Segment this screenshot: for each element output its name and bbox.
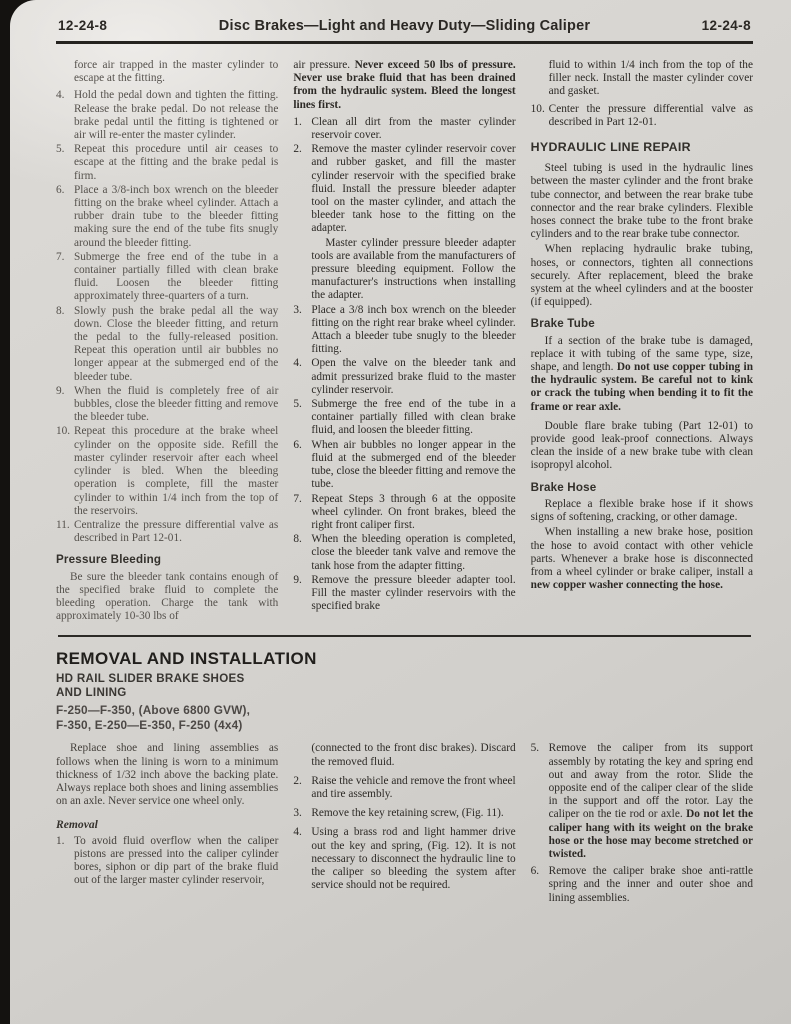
item-text: Open the valve on the bleeder tank and a… <box>311 357 515 397</box>
item-number: 10. <box>56 425 74 517</box>
item-text: Place a 3/8-inch box wrench on the bleed… <box>74 184 278 250</box>
paragraph: Steel tubing is used in the hydraulic li… <box>531 162 753 241</box>
item-text: Remove the caliper brake shoe anti-rattl… <box>549 865 753 905</box>
section-heading-brake-hose: Brake Hose <box>531 481 753 494</box>
item-number: 2. <box>293 143 311 302</box>
item-number: 3. <box>293 807 311 820</box>
continuation-paragraph: (connected to the front disc brakes). Di… <box>311 742 515 768</box>
list-item: 4. Hold the pedal down and tighten the f… <box>56 89 278 142</box>
list-item: 6. Remove the caliper brake shoe anti-ra… <box>531 865 753 905</box>
list-item: 11. Centralize the pressure differential… <box>56 519 278 545</box>
item-number: 4. <box>293 357 311 397</box>
bottom-column-right: 5. Remove the caliper from its support a… <box>531 742 753 905</box>
paragraph: Replace a flexible brake hose if it show… <box>531 498 753 524</box>
paragraph-normal: When installing a new brake hose, positi… <box>531 526 753 578</box>
paragraph: If a section of the brake tube is damage… <box>531 335 753 414</box>
bottom-column-left: Replace shoe and lining assemblies as fo… <box>56 742 278 905</box>
removal-procedure-heading: Removal <box>56 818 278 831</box>
item-text: Repeat Steps 3 through 6 at the opposite… <box>311 493 515 533</box>
item-text: Repeat this procedure at the brake wheel… <box>74 425 278 517</box>
item-text: Remove the caliper from its support asse… <box>549 742 753 861</box>
paragraph: Be sure the bleeder tank contains enough… <box>56 571 278 624</box>
bottom-columns: Replace shoe and lining assemblies as fo… <box>56 742 753 905</box>
item-text: To avoid fluid overflow when the caliper… <box>74 835 278 888</box>
section-heading-hydraulic-line-repair: HYDRAULIC LINE REPAIR <box>531 141 753 154</box>
item-number: 8. <box>293 533 311 573</box>
item-text: When the bleeding operation is completed… <box>311 533 515 573</box>
item-text: Raise the vehicle and remove the front w… <box>311 775 515 801</box>
item-number: 7. <box>56 251 74 304</box>
item-text: Remove the master cylinder reservoir cov… <box>311 143 515 302</box>
item-number: 10. <box>531 103 549 129</box>
item-text: Remove the key retaining screw, (Fig. 11… <box>311 807 515 820</box>
list-item: 2. Remove the master cylinder reservoir … <box>293 143 515 302</box>
item-text: Clean all dirt from the master cylinder … <box>311 116 515 142</box>
item-number: 9. <box>293 574 311 614</box>
list-item: 4. Open the valve on the bleeder tank an… <box>293 357 515 397</box>
item-text: Remove the pressure bleeder adapter tool… <box>311 574 515 614</box>
list-item: 8. When the bleeding operation is comple… <box>293 533 515 573</box>
list-item: 5. Remove the caliper from its support a… <box>531 742 753 861</box>
item-text: Centralize the pressure differential val… <box>74 519 278 545</box>
list-item: 10. Repeat this procedure at the brake w… <box>56 425 278 517</box>
item-number: 1. <box>56 835 74 888</box>
warning-text-normal: air pressure. <box>293 59 354 71</box>
removal-title: REMOVAL AND INSTALLATION <box>56 649 753 669</box>
list-item: 4. Using a brass rod and light hammer dr… <box>293 826 515 892</box>
item-number: 5. <box>56 143 74 183</box>
continuation-paragraph: fluid to within 1/4 inch from the top of… <box>549 59 753 99</box>
item-number: 5. <box>293 398 311 438</box>
item-number: 9. <box>56 385 74 425</box>
list-item: 5. Submerge the free end of the tube in … <box>293 398 515 438</box>
column-right: fluid to within 1/4 inch from the top of… <box>531 59 753 625</box>
paragraph: When installing a new brake hose, positi… <box>531 526 753 592</box>
page-number-left: 12-24-8 <box>58 18 107 33</box>
list-item: 1. To avoid fluid overflow when the cali… <box>56 835 278 888</box>
list-item: 9. When the fluid is completely free of … <box>56 385 278 425</box>
item-text-subparagraph: Master cylinder pressure bleeder adapter… <box>311 237 515 303</box>
page-content: 12-24-8 Disc Brakes—Light and Heavy Duty… <box>10 0 791 906</box>
list-item: 5. Repeat this procedure until air cease… <box>56 143 278 183</box>
item-text: Hold the pedal down and tighten the fitt… <box>74 89 278 142</box>
section-divider <box>58 635 751 637</box>
item-text: Place a 3/8 inch box wrench on the bleed… <box>311 304 515 357</box>
item-number: 6. <box>293 439 311 492</box>
list-item: 6. Place a 3/8-inch box wrench on the bl… <box>56 184 278 250</box>
item-number: 1. <box>293 116 311 142</box>
section-heading-pressure-bleeding: Pressure Bleeding <box>56 553 278 566</box>
page-number-right: 12-24-8 <box>702 18 751 33</box>
list-item: 3. Place a 3/8 inch box wrench on the bl… <box>293 304 515 357</box>
list-item: 9. Remove the pressure bleeder adapter t… <box>293 574 515 614</box>
column-left: force air trapped in the master cylinder… <box>56 59 278 625</box>
item-text: Repeat this procedure until air ceases t… <box>74 143 278 183</box>
item-number: 6. <box>56 184 74 250</box>
list-item: 1. Clean all dirt from the master cylind… <box>293 116 515 142</box>
item-number: 7. <box>293 493 311 533</box>
list-item: 7. Submerge the free end of the tube in … <box>56 251 278 304</box>
page-title: Disc Brakes—Light and Heavy Duty—Sliding… <box>219 18 590 34</box>
item-text: Submerge the free end of the tube in a c… <box>74 251 278 304</box>
page-header: 12-24-8 Disc Brakes—Light and Heavy Duty… <box>56 14 753 44</box>
item-text: Slowly push the brake pedal all the way … <box>74 305 278 384</box>
list-item: 8. Slowly push the brake pedal all the w… <box>56 305 278 384</box>
top-columns: force air trapped in the master cylinder… <box>56 59 753 625</box>
item-text-main: Remove the master cylinder reservoir cov… <box>311 143 515 235</box>
item-number: 4. <box>56 89 74 142</box>
paragraph: Double flare brake tubing (Part 12-01) t… <box>531 420 753 473</box>
section-heading-brake-tube: Brake Tube <box>531 317 753 330</box>
continuation-paragraph: air pressure. Never exceed 50 lbs of pre… <box>293 59 515 112</box>
item-number: 6. <box>531 865 549 905</box>
item-text: When air bubbles no longer appear in the… <box>311 439 515 492</box>
item-text: Using a brass rod and light hammer drive… <box>311 826 515 892</box>
removal-models: F-250—F-350, (Above 6800 GVW), F-350, E-… <box>56 703 261 732</box>
paragraph: Replace shoe and lining assemblies as fo… <box>56 742 278 808</box>
removal-subtitle: HD RAIL SLIDER BRAKE SHOES AND LINING <box>56 672 261 700</box>
item-text: When the fluid is completely free of air… <box>74 385 278 425</box>
item-text: Center the pressure differential valve a… <box>549 103 753 129</box>
item-number: 11. <box>56 519 74 545</box>
item-number: 3. <box>293 304 311 357</box>
list-item: 7. Repeat Steps 3 through 6 at the oppos… <box>293 493 515 533</box>
paragraph: When replacing hydraulic brake tubing, h… <box>531 243 753 309</box>
item-number: 5. <box>531 742 549 861</box>
list-item: 3. Remove the key retaining screw, (Fig.… <box>293 807 515 820</box>
item-text: Submerge the free end of the tube in a c… <box>311 398 515 438</box>
removal-headings: REMOVAL AND INSTALLATION HD RAIL SLIDER … <box>56 649 753 732</box>
list-item: 6. When air bubbles no longer appear in … <box>293 439 515 492</box>
continuation-paragraph: force air trapped in the master cylinder… <box>74 59 278 85</box>
list-item: 2. Raise the vehicle and remove the fron… <box>293 775 515 801</box>
scanned-page: 12-24-8 Disc Brakes—Light and Heavy Duty… <box>10 0 791 1024</box>
item-number: 8. <box>56 305 74 384</box>
bottom-column-middle: (connected to the front disc brakes). Di… <box>293 742 515 905</box>
list-item: 10. Center the pressure differential val… <box>531 103 753 129</box>
item-number: 4. <box>293 826 311 892</box>
paragraph-bold: new copper washer connecting the hose. <box>531 579 723 591</box>
item-number: 2. <box>293 775 311 801</box>
column-middle: air pressure. Never exceed 50 lbs of pre… <box>293 59 515 625</box>
